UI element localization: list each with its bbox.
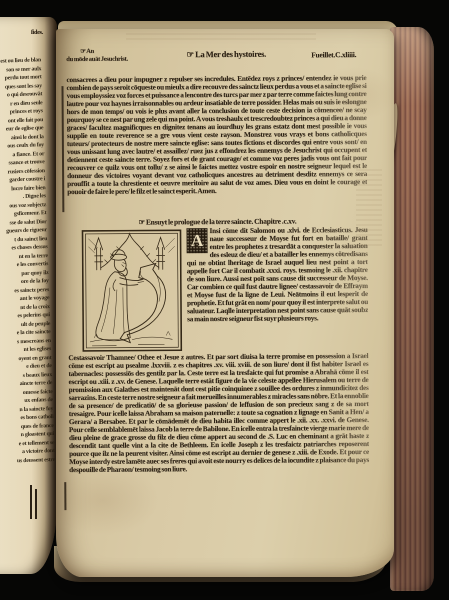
recto-page: ☞ An du mōde auāt Jesuchrist. ☞ La Mer d… (56, 29, 394, 577)
paragraph-prologue-terre-saincte: Insi cōme dit Salomon ou .xlvi. de Eccle… (67, 226, 368, 324)
folio-number: Fueillet.C.xliiii. (278, 50, 356, 60)
margin-rule-lower (64, 482, 66, 510)
facing-page-sliver: ſides. e est ou lieu de blan son se mer … (0, 17, 57, 574)
paragraph-crusade-exhortation: consacrees a dieu pour impugner z repuls… (66, 74, 367, 196)
text-block: ☞ An du mōde auāt Jesuchrist. ☞ La Mer d… (66, 28, 370, 578)
facing-page-header-fragment: ſides. (31, 30, 43, 36)
book-photograph: ſides. e est ou lieu de blan son se mer … (0, 0, 449, 600)
facing-margin-rule-2 (35, 489, 37, 519)
facing-margin-rule (30, 485, 32, 519)
paragraph-terre-promise: Cestassavoir Thamnee/ Othee et Jesue z a… (68, 352, 369, 474)
facing-page-text-fragment: e est ou lieu de blan son se mer aulx pe… (0, 56, 55, 466)
fore-edge (390, 27, 434, 591)
prologue-section: A Insi cōme dit Salomon ou .xlvi. de Ecc… (67, 226, 369, 474)
margin-rule-upper (61, 86, 64, 212)
